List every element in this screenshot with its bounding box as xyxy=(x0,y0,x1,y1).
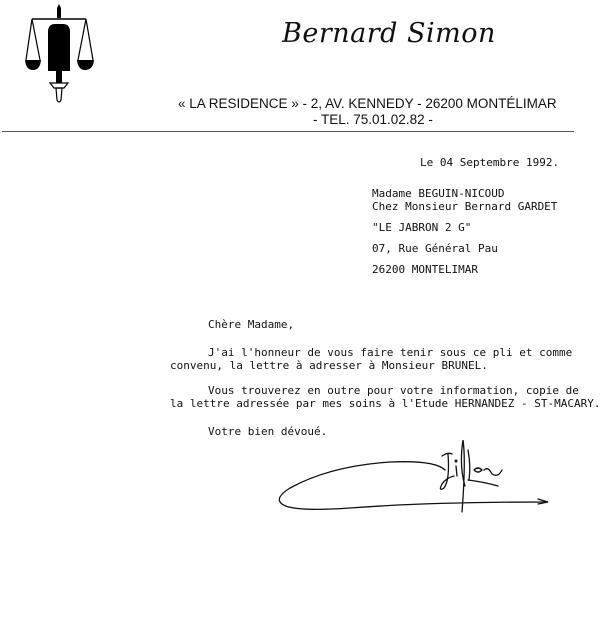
letterhead-divider xyxy=(2,131,574,132)
recipient-line-3: "LE JABRON 2 G" xyxy=(372,221,471,234)
letterhead-name: Bernard Simon xyxy=(282,18,496,49)
paragraph-1-line-1: J'ai l'honneur de vous faire tenir sous … xyxy=(208,346,572,359)
recipient-line-2: Chez Monsieur Bernard GARDET xyxy=(372,200,557,213)
letterhead-address: « LA RESIDENCE » - 2, AV. KENNEDY - 2620… xyxy=(178,96,557,111)
letter-date: Le 04 Septembre 1992. xyxy=(420,156,559,169)
scales-of-justice-sword-icon xyxy=(24,4,94,104)
recipient-line-4: 07, Rue Général Pau xyxy=(372,242,498,255)
closing: Votre bien dévoué. xyxy=(208,425,327,438)
recipient-line-5: 26200 MONTELIMAR xyxy=(372,263,478,276)
letterhead-phone: - TEL. 75.01.02.82 - xyxy=(313,112,433,127)
paragraph-2-line-1: Vous trouverez en outre pour votre infor… xyxy=(208,384,579,397)
recipient-line-1: Madame BEGUIN-NICOUD xyxy=(372,187,504,200)
paragraph-1-line-2: convenu, la lettre à adresser à Monsieur… xyxy=(170,359,488,372)
paragraph-2-line-2: la lettre adressée par mes soins à l'Etu… xyxy=(170,397,600,410)
signature-icon xyxy=(270,440,590,530)
salutation: Chère Madame, xyxy=(208,318,294,331)
